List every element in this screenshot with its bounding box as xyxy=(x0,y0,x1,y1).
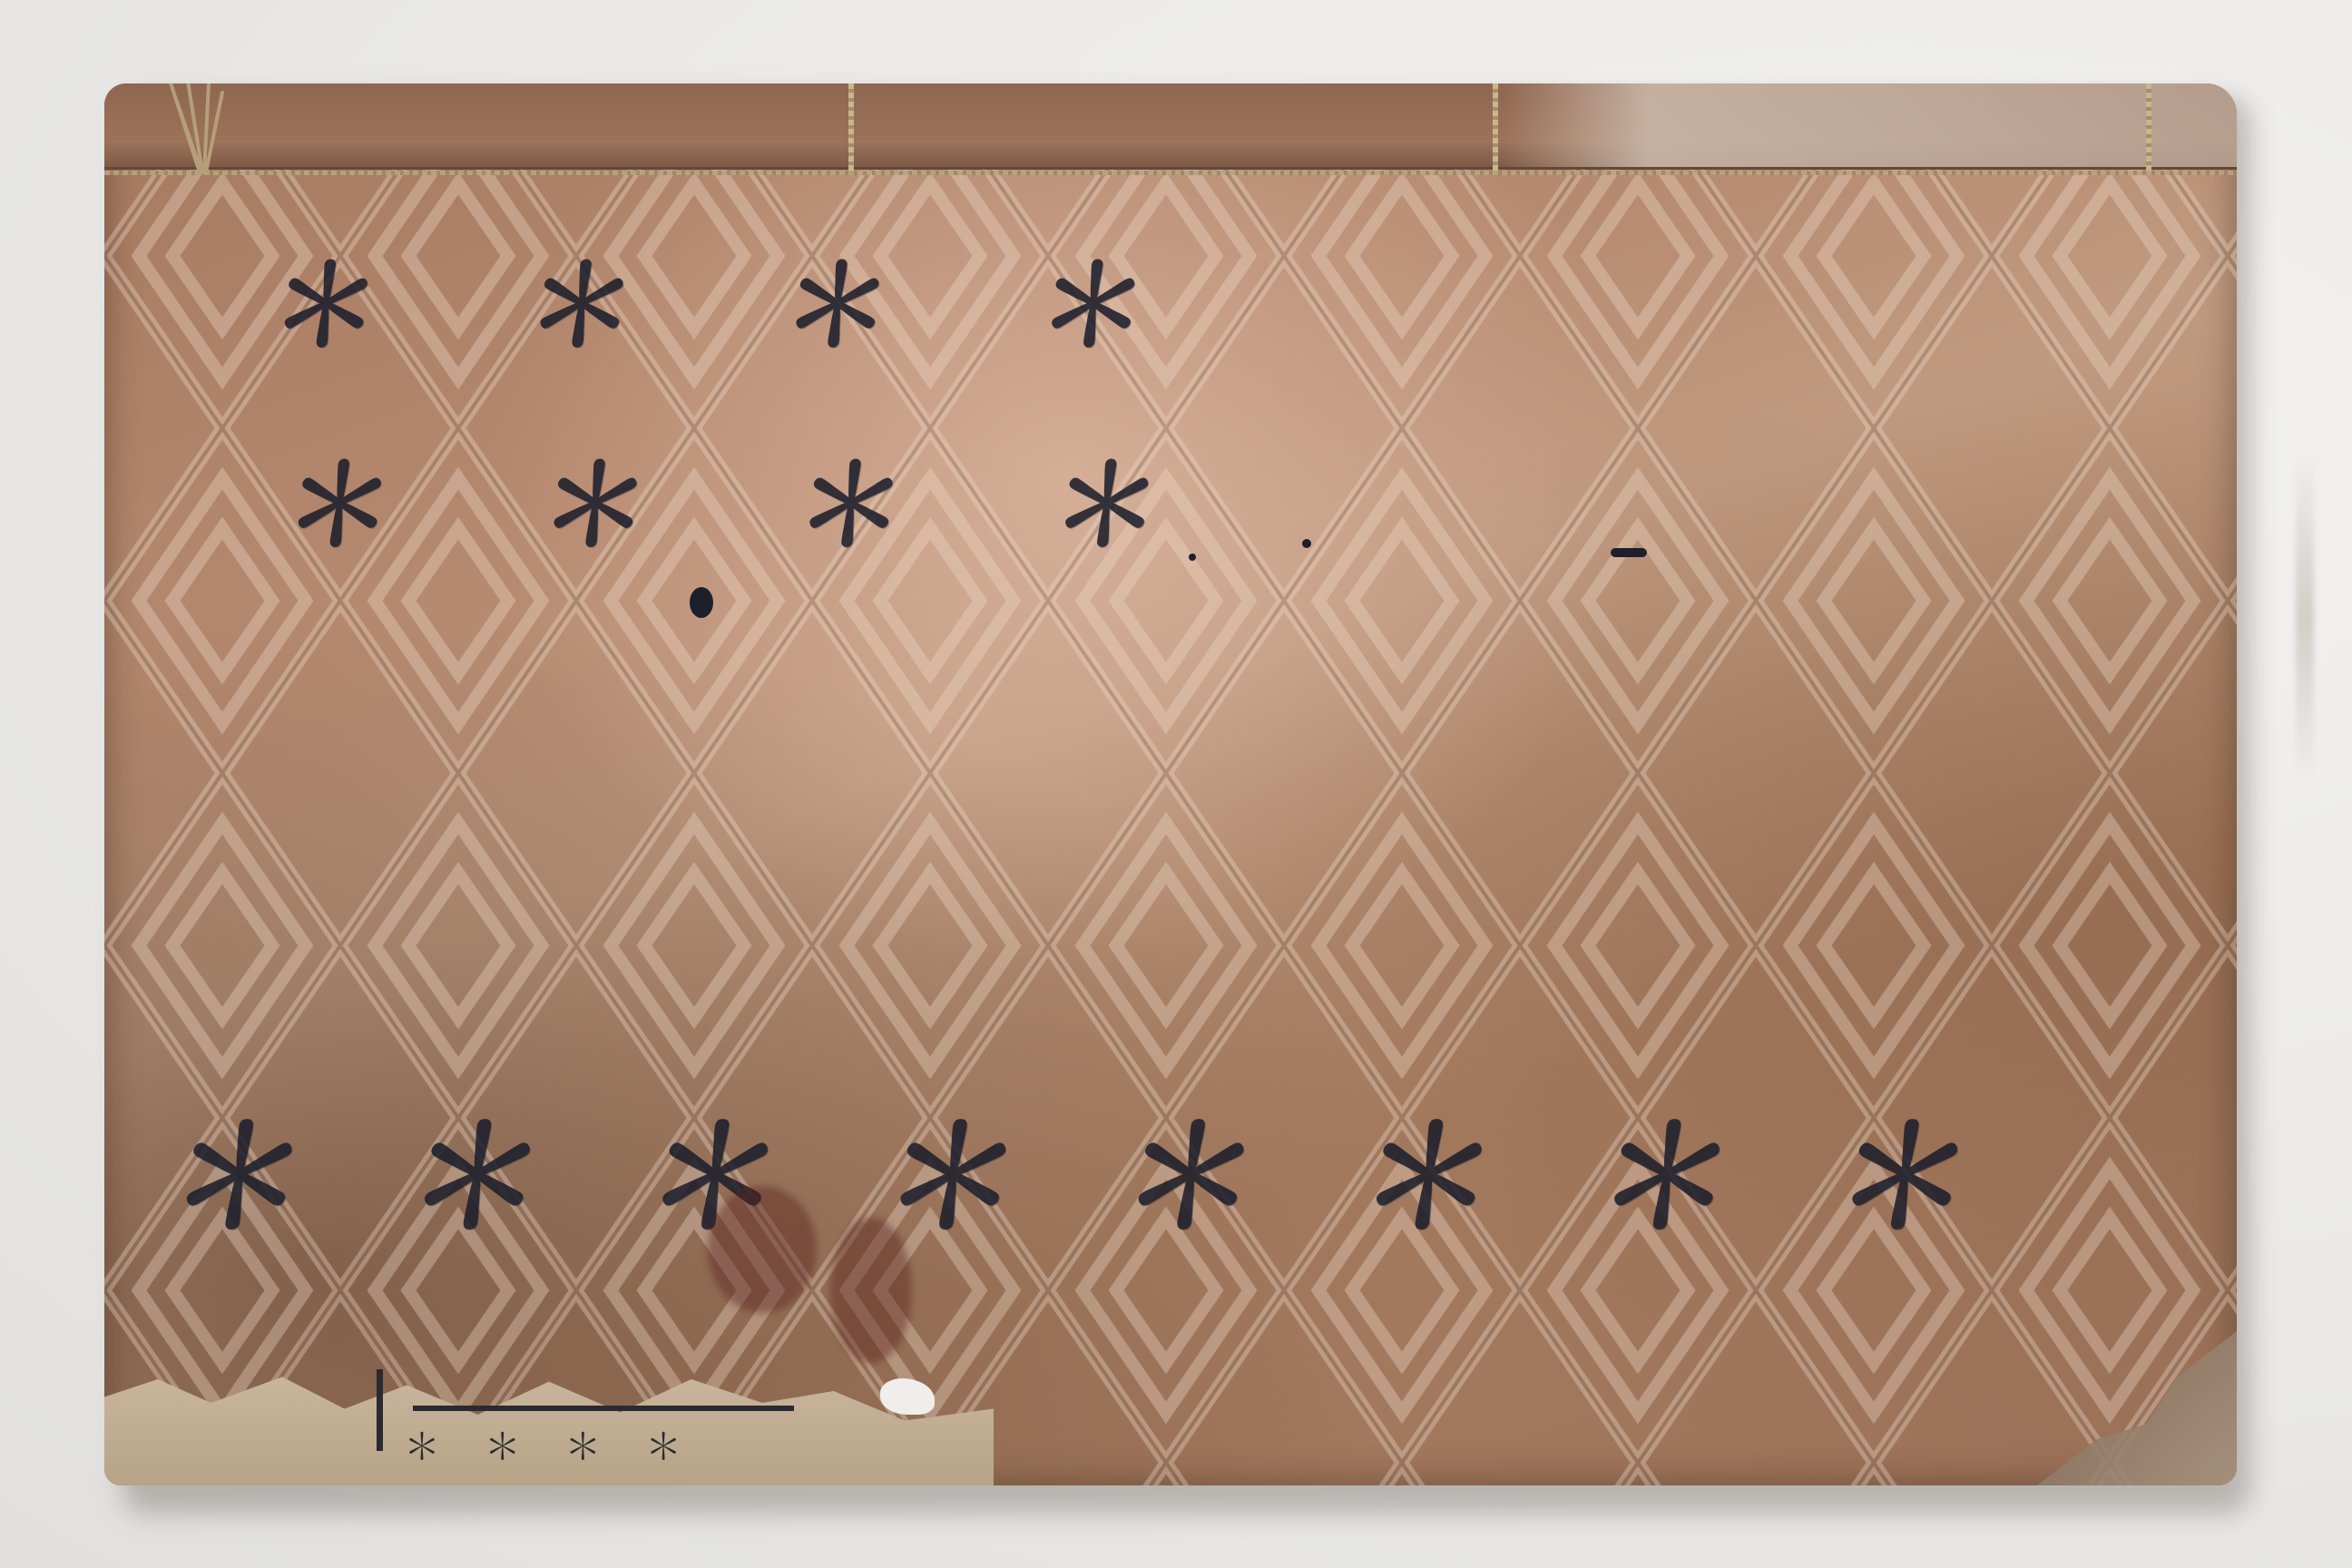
title-inscription-line-1: ＊ ＊ ＊ ＊ xyxy=(264,220,1210,376)
ink-stain xyxy=(830,1218,912,1363)
binding-stitch xyxy=(2146,83,2151,171)
book-cover: ＊ ＊ ＊ ＊ ＊ ＊ ＊ ＊ ＊ ＊ ＊ ＊ ＊ ＊ ＊ ＊ ＊ ＊ ＊ ＊ xyxy=(104,83,2237,1485)
binding-stitch xyxy=(848,83,854,171)
ink-stain xyxy=(708,1186,817,1313)
ink-dot xyxy=(690,587,713,618)
photo-scene: ＊ ＊ ＊ ＊ ＊ ＊ ＊ ＊ ＊ ＊ ＊ ＊ ＊ ＊ ＊ ＊ ＊ ＊ ＊ ＊ … xyxy=(0,0,2352,1568)
thread-tassel-icon xyxy=(159,83,240,174)
ink-dot xyxy=(1302,539,1311,548)
binding-stitch xyxy=(1493,83,1498,171)
inner-page-print: ＊ ＊ ＊ ＊ xyxy=(404,1418,698,1470)
lower-inscription: ＊ ＊ ＊ ＊ ＊ ＊ ＊ ＊ xyxy=(159,1068,2015,1264)
background-smudge xyxy=(2296,454,2314,780)
faded-spine-section xyxy=(1502,83,2237,167)
spine-band xyxy=(104,83,2237,170)
page-border-vertical xyxy=(377,1369,383,1451)
ink-mark xyxy=(1611,548,1647,557)
page-border-horizontal xyxy=(413,1406,794,1411)
ink-dot xyxy=(1189,554,1196,561)
title-inscription-line-2: ＊ ＊ ＊ ＊ xyxy=(278,419,1224,575)
binding-thread xyxy=(104,171,2237,175)
